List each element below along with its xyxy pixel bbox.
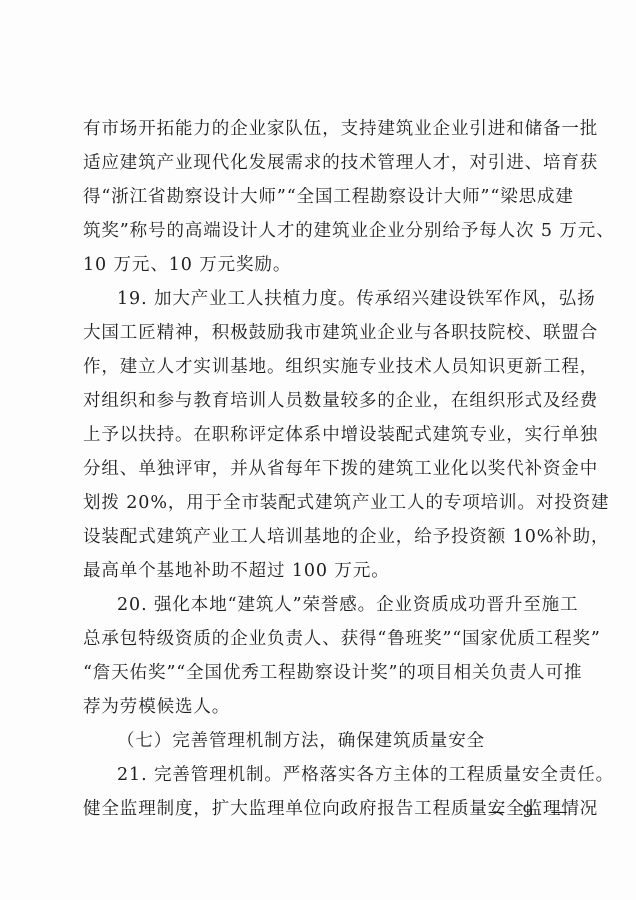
text-line: 21. 完善管理机制。严格落实各方主体的工程质量安全责任。 <box>83 758 559 792</box>
text-line: 荐为劳模候选人。 <box>83 690 559 724</box>
section-heading-7: （七）完善管理机制方法，确保建筑质量安全 <box>83 724 559 758</box>
text-line: 最高单个基地补助不超过 100 万元。 <box>83 554 559 588</box>
text-line: 筑奖”称号的高端设计人才的建筑业企业分别给予每人次 5 万元、 <box>83 214 559 248</box>
paragraph-19: 19. 加大产业工人扶植力度。传承绍兴建设铁军作风，弘扬 大国工匠精神，积极鼓励… <box>83 282 559 588</box>
text-line: 适应建筑产业现代化发展需求的技术管理人才，对引进、培育获 <box>83 146 559 180</box>
paragraph-18-continuation: 有市场开拓能力的企业家队伍，支持建筑业企业引进和储备一批 适应建筑产业现代化发展… <box>83 112 559 282</box>
text-line: 有市场开拓能力的企业家队伍，支持建筑业企业引进和储备一批 <box>83 112 559 146</box>
text-line: 划拨 20%，用于全市装配式建筑产业工人的专项培训。对投资建 <box>83 486 559 520</box>
text-line: 总承包特级资质的企业负责人、获得“鲁班奖”“国家优质工程奖” <box>83 622 559 656</box>
section-heading-text: （七）完善管理机制方法，确保建筑质量安全 <box>83 724 559 758</box>
document-page: 有市场开拓能力的企业家队伍，支持建筑业企业引进和储备一批 适应建筑产业现代化发展… <box>0 0 636 900</box>
text-line: 设装配式建筑产业工人培训基地的企业，给予投资额 10%补助， <box>83 520 559 554</box>
text-line: 大国工匠精神，积极鼓励我市建筑业企业与各职技院校、联盟合 <box>83 316 559 350</box>
paragraph-20: 20. 强化本地“建筑人”荣誉感。企业资质成功晋升至施工 总承包特级资质的企业负… <box>83 588 559 724</box>
text-line: 分组、单独评审，并从省每年下拨的建筑工业化以奖代补资金中 <box>83 452 559 486</box>
text-line: 上予以扶持。在职称评定体系中增设装配式建筑专业，实行单独 <box>83 418 559 452</box>
text-line: 10 万元、10 万元奖励。 <box>83 248 559 282</box>
text-line: “詹天佑奖”“全国优秀工程勘察设计奖”的项目相关负责人可推 <box>83 656 559 690</box>
body-text: 有市场开拓能力的企业家队伍，支持建筑业企业引进和储备一批 适应建筑产业现代化发展… <box>83 112 559 826</box>
text-line: 20. 强化本地“建筑人”荣誉感。企业资质成功晋升至施工 <box>83 588 559 622</box>
text-line: 得“浙江省勘察设计大师”“全国工程勘察设计大师”“梁思成建 <box>83 180 559 214</box>
text-line: 19. 加大产业工人扶植力度。传承绍兴建设铁军作风，弘扬 <box>83 282 559 316</box>
page-number: — 9 — <box>488 802 574 822</box>
text-line: 作，建立人才实训基地。组织实施专业技术人员知识更新工程， <box>83 350 559 384</box>
text-line: 对组织和参与教育培训人员数量较多的企业，在组织形式及经费 <box>83 384 559 418</box>
